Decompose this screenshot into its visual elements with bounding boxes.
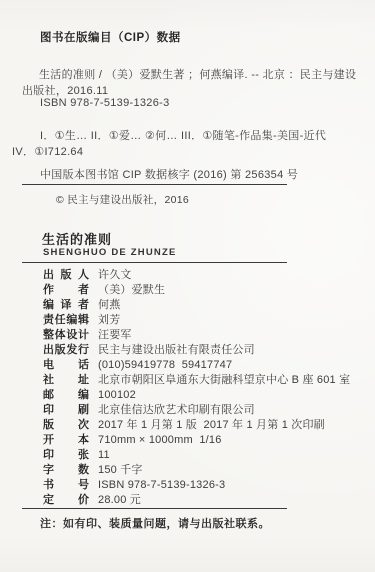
copyright-notice: © 民主与建设出版社，2016 [56, 192, 189, 207]
info-label: 邮编 [43, 388, 89, 403]
info-row-format: 开本 710mm × 1000mm 1/16 [43, 433, 343, 448]
info-label: 印张 [43, 448, 89, 463]
cip-isbn-line: ISBN 978-7-5139-1326-3 [40, 97, 170, 109]
info-value: 150 千字 [98, 463, 143, 478]
info-value: 北京佳信达欣艺术印刷有限公司 [98, 403, 255, 418]
book-title-pinyin: SHENGHUO DE ZHUNZE [43, 247, 177, 258]
cip-entry-line-2: 出版社，2016.11 [22, 82, 108, 98]
info-value: 100102 [98, 388, 136, 403]
info-label: 字数 [43, 463, 89, 478]
info-label: 定价 [43, 493, 89, 508]
info-row-printer: 印刷 北京佳信达欣艺术印刷有限公司 [43, 403, 343, 418]
info-label: 开本 [43, 433, 89, 448]
info-value: 710mm × 1000mm 1/16 [98, 433, 222, 448]
quality-note: 注：如有印、装质量问题，请与出版社联系。 [40, 515, 270, 531]
info-label: 书号 [43, 478, 89, 493]
info-label: 作者 [43, 283, 89, 298]
info-row-price: 定价 28.00 元 [43, 493, 343, 508]
info-row-author: 作者 （美）爱默生 [43, 283, 343, 298]
info-row-edition: 版次 2017 年 1 月第 1 版 2017 年 1 月第 1 次印刷 [43, 418, 343, 433]
info-value: 许久文 [98, 268, 132, 283]
info-row-editor: 责任编辑 刘芳 [43, 313, 343, 328]
info-value: 11 [98, 448, 110, 463]
info-row-publisher: 出版发行 民主与建设出版社有限责任公司 [43, 343, 343, 358]
cip-classification-line-2: IV．①I712.64 [12, 143, 83, 159]
publication-info-table: 出版人 许久文 作者 （美）爱默生 编译者 何燕 责任编辑 刘芳 整体设计 汪要… [43, 268, 343, 508]
info-value: 刘芳 [98, 313, 120, 328]
info-value: （美）爱默生 [98, 283, 165, 298]
info-label: 责任编辑 [43, 313, 89, 328]
cip-classification-line-1: I．①生… II．①爱… ②何… III．①随笔-作品集-美国-近代 [40, 127, 326, 143]
info-row-postcode: 邮编 100102 [43, 388, 343, 403]
info-value: 2017 年 1 月第 1 版 2017 年 1 月第 1 次印刷 [98, 418, 325, 433]
info-label: 版次 [43, 418, 89, 433]
info-row-address: 社址 北京市朝阳区阜通东大街融科望京中心 B 座 601 室 [43, 373, 343, 388]
info-row-wordcount: 字数 150 千字 [43, 463, 343, 478]
info-label: 出版人 [43, 268, 89, 283]
info-row-designer: 整体设计 汪要军 [43, 328, 343, 343]
info-row-sheets: 印张 11 [43, 448, 343, 463]
info-value: ISBN 978-7-5139-1326-3 [98, 478, 225, 493]
info-label: 社址 [43, 373, 89, 388]
info-value: 北京市朝阳区阜通东大街融科望京中心 B 座 601 室 [98, 373, 350, 388]
cip-heading: 图书在版编目（CIP）数据 [40, 29, 181, 45]
info-row-isbn: 书号 ISBN 978-7-5139-1326-3 [43, 478, 343, 493]
cip-record-number-line: 中国版本图书馆 CIP 数据核字 (2016) 第 256354 号 [40, 166, 298, 182]
info-row-translator: 编译者 何燕 [43, 298, 343, 313]
info-label: 出版发行 [43, 343, 89, 358]
info-value: 28.00 元 [98, 493, 141, 508]
info-value: 民主与建设出版社有限责任公司 [98, 343, 255, 358]
info-value: 何燕 [98, 298, 120, 313]
book-copyright-page: 图书在版编目（CIP）数据 生活的准则 / （美）爱默生著 ；何燕编译. -- … [0, 0, 375, 572]
info-label: 电话 [43, 358, 89, 373]
divider-line-top [22, 184, 287, 185]
info-label: 整体设计 [43, 328, 89, 343]
info-row-publisher-person: 出版人 许久文 [43, 268, 343, 283]
info-value: 汪要军 [98, 328, 132, 343]
book-title: 生活的准则 [42, 229, 112, 248]
divider-line-bottom [22, 508, 287, 509]
info-row-phone: 电话 (010)59419778 59417747 [43, 358, 343, 373]
info-label: 印刷 [43, 403, 89, 418]
info-value: (010)59419778 59417747 [98, 358, 232, 373]
info-label: 编译者 [43, 298, 89, 313]
divider-line-middle [22, 262, 287, 263]
cip-entry-line-1: 生活的准则 / （美）爱默生著 ；何燕编译. -- 北京 ：民主与建设 [39, 66, 356, 82]
